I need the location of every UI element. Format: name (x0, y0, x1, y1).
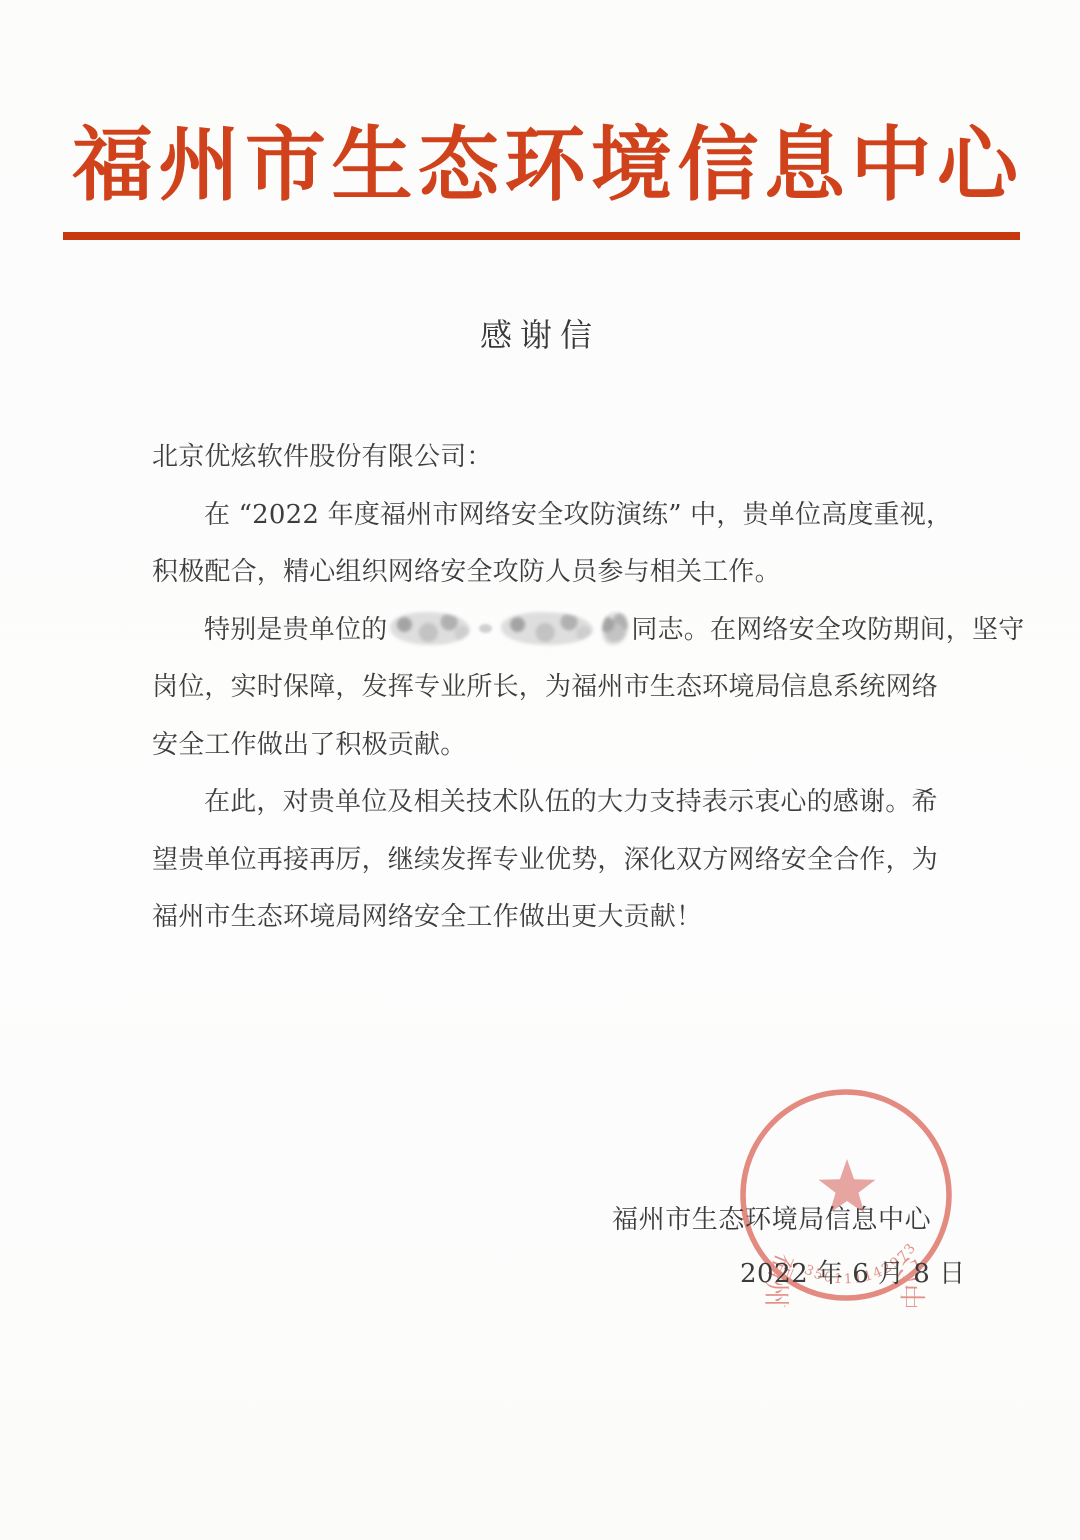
redacted-separator-blob (479, 624, 492, 633)
redacted-name-blob (390, 612, 470, 645)
paragraph2-line3: 安全工作做出了积极贡献。 (152, 717, 972, 775)
paragraph2-line1-after: 同志。在网络安全攻防期间，坚守 (631, 615, 1024, 645)
paragraph3-line2: 望贵单位再接再厉，继续发挥专业优势，深化双方网络安全合作，为 (152, 832, 972, 890)
paragraph2-line1-before: 特别是贵单位的 (204, 615, 387, 645)
letter-body: 北京优炫软件股份有限公司： 在 “2022 年度福州市网络安全攻防演练” 中，贵… (152, 429, 972, 947)
paragraph3-line3: 福州市生态环境局网络安全工作做出更大贡献！ (152, 889, 972, 947)
letter-page: 福州市生态环境信息中心 感谢信 北京优炫软件股份有限公司： 在 “2022 年度… (0, 0, 1080, 1540)
salutation: 北京优炫软件股份有限公司： (152, 429, 972, 487)
letterhead-rule (63, 232, 1020, 240)
paragraph3-line1: 在此，对贵单位及相关技术队伍的大力支持表示衷心的感谢。希 (152, 774, 972, 832)
letterhead-org-name: 福州市生态环境信息中心 (72, 118, 1032, 214)
signature-org: 福州市生态环境局信息中心 (612, 1199, 931, 1236)
redacted-name-blob (501, 612, 593, 645)
signature-date: 2022 年 6 月 8 日 (740, 1253, 966, 1290)
paragraph1-line2: 积极配合，精心组织网络安全攻防人员参与相关工作。 (152, 544, 972, 602)
redacted-name-blob (602, 612, 628, 645)
paragraph2-line1: 特别是贵单位的同志。在网络安全攻防期间，坚守 (152, 602, 972, 660)
paragraph2-line2: 岗位，实时保障，发挥专业所长，为福州市生态环境局信息系统网络 (152, 659, 972, 717)
letter-title: 感谢信 (0, 310, 1080, 356)
redacted-names (390, 612, 628, 645)
paragraph1-line1: 在 “2022 年度福州市网络安全攻防演练” 中，贵单位高度重视， (152, 487, 972, 545)
